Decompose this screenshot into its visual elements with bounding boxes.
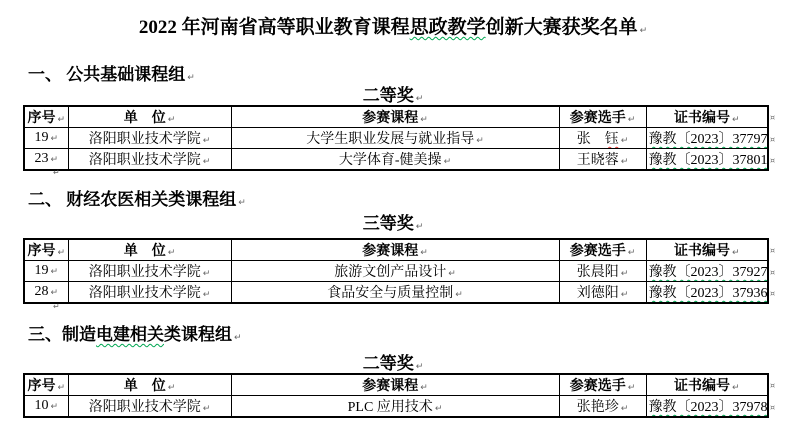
- paragraph-mark: ↵: [50, 402, 58, 412]
- table-header-row: 序号↵ 单 位↵ 参赛课程↵ 参赛选手↵ 证书编号↵: [24, 239, 768, 261]
- table-row: 28↵ 洛阳职业技术学院↵ 食品安全与质量控制↵ 刘德阳↵ 豫教〔2023〕37…: [24, 282, 768, 304]
- cell-text-spellcheck: 钰: [605, 132, 619, 147]
- header-text: 参赛选手: [570, 379, 626, 394]
- cell-text: 洛阳职业技术学院: [89, 132, 201, 147]
- paragraph-mark: ↵: [732, 115, 740, 125]
- cell-contestant: 张 钰↵: [559, 128, 646, 149]
- cell-text: 豫教〔2023〕37797: [649, 132, 768, 147]
- cell-text: 大学体育-健美操: [339, 153, 442, 168]
- table-row: 19↵ 洛阳职业技术学院↵ 旅游文创产品设计↵ 张晨阳↵ 豫教〔2023〕379…: [24, 261, 768, 282]
- cell-unit: 洛阳职业技术学院↵: [68, 282, 231, 304]
- cell-text: 洛阳职业技术学院: [89, 400, 201, 415]
- page-title-text-end: 创新大赛获奖名单: [486, 17, 638, 38]
- cell-text: 洛阳职业技术学院: [89, 153, 201, 168]
- paragraph-mark: ↵: [416, 94, 424, 104]
- paragraph-mark: ↵: [203, 136, 211, 146]
- header-cell-cert: 证书编号↵: [646, 374, 768, 396]
- paragraph-mark: ↵: [57, 115, 65, 125]
- header-cell-course: 参赛课程↵: [231, 239, 559, 261]
- page-title: 2022 年河南省高等职业教育课程思政教学创新大赛获奖名单↵: [0, 12, 786, 39]
- header-cell-contestant: 参赛选手↵: [559, 106, 646, 128]
- page-title-marked-text: 思政教学: [410, 17, 486, 38]
- header-text: 参赛课程: [362, 379, 418, 394]
- row-end-mark: ¤: [770, 283, 784, 305]
- table-row: 19↵ 洛阳职业技术学院↵ 大学生职业发展与就业指导↵ 张 钰↵ 豫教〔2023…: [24, 128, 768, 149]
- paragraph-mark: ↵: [168, 248, 176, 258]
- cell-course: 食品安全与质量控制↵: [231, 282, 559, 304]
- paragraph-mark: ↵: [621, 157, 629, 167]
- paragraph-mark: ↵: [168, 115, 176, 125]
- row-end-markers: ¤ ¤ ¤: [770, 240, 784, 305]
- header-cell-no: 序号↵: [24, 106, 68, 128]
- table-header-row: 序号↵ 单 位↵ 参赛课程↵ 参赛选手↵ 证书编号↵: [24, 374, 768, 396]
- cell-text: 张: [577, 132, 605, 147]
- paragraph-mark: ↵: [50, 134, 58, 144]
- paragraph-mark: ↵: [420, 115, 428, 125]
- cell-contestant: 刘德阳↵: [559, 282, 646, 304]
- row-end-markers: ¤ ¤ ¤: [770, 107, 784, 172]
- paragraph-mark: ↵: [444, 157, 452, 167]
- results-table-1: 序号↵ 单 位↵ 参赛课程↵ 参赛选手↵ 证书编号↵ 19↵ 洛阳职业技术学院↵…: [23, 105, 769, 171]
- header-cell-unit: 单 位↵: [68, 239, 231, 261]
- cell-unit: 洛阳职业技术学院↵: [68, 149, 231, 171]
- cell-text: 豫教〔2023〕37801: [649, 153, 768, 168]
- header-text: 序号: [27, 244, 55, 259]
- paragraph-mark: ↵: [203, 404, 211, 414]
- cell-course: 旅游文创产品设计↵: [231, 261, 559, 282]
- cell-text: 洛阳职业技术学院: [89, 265, 201, 280]
- row-end-mark: ¤: [770, 262, 784, 284]
- header-text: 参赛课程: [362, 111, 418, 126]
- row-end-mark: ¤: [770, 107, 784, 129]
- cell-no: 10↵: [24, 396, 68, 418]
- paragraph-mark: ↵: [168, 383, 176, 393]
- paragraph-mark: ↵: [238, 198, 246, 208]
- cell-cert: 豫教〔2023〕37978↵: [646, 396, 768, 418]
- header-text: 证书编号: [674, 244, 730, 259]
- section-heading-2: 二、 财经农医相关类课程组↵: [28, 185, 246, 210]
- row-end-mark: ¤: [770, 375, 784, 397]
- cell-text: 大学生职业发展与就业指导: [306, 132, 474, 147]
- paragraph-mark: ↵: [416, 362, 424, 372]
- cell-contestant: 张艳珍↵: [559, 396, 646, 418]
- award-heading-2-text: 三等奖: [363, 214, 414, 233]
- row-end-mark: ¤: [770, 150, 784, 172]
- header-cell-cert: 证书编号↵: [646, 239, 768, 261]
- paragraph-mark: ↵: [621, 269, 629, 279]
- cell-contestant: 张晨阳↵: [559, 261, 646, 282]
- cell-no: 19↵: [24, 128, 68, 149]
- paragraph-mark: ↵: [435, 404, 443, 414]
- cell-text: 豫教〔2023〕37927: [649, 265, 768, 280]
- paragraph-mark: ↵: [50, 288, 58, 298]
- paragraph-mark: ↵: [476, 136, 484, 146]
- paragraph-mark: ↵: [420, 383, 428, 393]
- paragraph-mark: ↵: [621, 404, 629, 414]
- cell-text: PLC 应用技术: [348, 400, 433, 415]
- header-cell-contestant: 参赛选手↵: [559, 374, 646, 396]
- cell-unit: 洛阳职业技术学院↵: [68, 128, 231, 149]
- header-cell-unit: 单 位↵: [68, 106, 231, 128]
- section-heading-3: 三、制造电建相关类课程组↵: [28, 320, 242, 345]
- header-text: 参赛课程: [362, 244, 418, 259]
- header-cell-contestant: 参赛选手↵: [559, 239, 646, 261]
- header-cell-unit: 单 位↵: [68, 374, 231, 396]
- paragraph-mark: ↵: [57, 383, 65, 393]
- paragraph-mark: ↵: [628, 115, 636, 125]
- paragraph-mark: ↵: [455, 290, 463, 300]
- cell-unit: 洛阳职业技术学院↵: [68, 396, 231, 418]
- paragraph-mark: ↵: [203, 290, 211, 300]
- results-table-3: 序号↵ 单 位↵ 参赛课程↵ 参赛选手↵ 证书编号↵ 10↵ 洛阳职业技术学院↵…: [23, 373, 769, 418]
- cell-no: 28↵: [24, 282, 68, 304]
- cell-cert: 豫教〔2023〕37927↵: [646, 261, 768, 282]
- section-heading-3-text-end: 类课程组: [164, 325, 232, 344]
- header-text: 单 位: [124, 244, 166, 259]
- row-end-mark: ¤: [770, 397, 784, 419]
- award-heading-3-text: 二等奖: [363, 354, 414, 373]
- header-cell-no: 序号↵: [24, 239, 68, 261]
- paragraph-mark: ↵: [628, 248, 636, 258]
- row-end-mark: ¤: [770, 240, 784, 262]
- paragraph-mark-glyph: ↵: [53, 168, 60, 177]
- paragraph-mark: ↵: [203, 157, 211, 167]
- cell-course: 大学体育-健美操↵: [231, 149, 559, 171]
- cell-text: 豫教〔2023〕37936: [649, 286, 768, 301]
- cell-cert: 豫教〔2023〕37801↵: [646, 149, 768, 171]
- header-cell-no: 序号↵: [24, 374, 68, 396]
- cell-text: 19: [34, 263, 48, 278]
- cell-course: PLC 应用技术↵: [231, 396, 559, 418]
- paragraph-mark: ↵: [50, 267, 58, 277]
- cell-cert: 豫教〔2023〕37936↵: [646, 282, 768, 304]
- paragraph-mark: ↵: [53, 168, 60, 177]
- paragraph-mark: ↵: [203, 269, 211, 279]
- header-text: 参赛选手: [570, 111, 626, 126]
- paragraph-mark: ↵: [732, 383, 740, 393]
- paragraph-mark: ↵: [57, 248, 65, 258]
- cell-text: 豫教〔2023〕37978: [649, 400, 768, 415]
- cell-contestant: 王晓蓉↵: [559, 149, 646, 171]
- cell-course: 大学生职业发展与就业指导↵: [231, 128, 559, 149]
- section-heading-2-text: 二、 财经农医相关类课程组: [28, 190, 236, 209]
- paragraph-mark: ↵: [621, 290, 629, 300]
- header-text: 序号: [27, 111, 55, 126]
- paragraph-mark-glyph: ↵: [53, 302, 60, 311]
- paragraph-mark: ↵: [640, 26, 648, 36]
- header-text: 参赛选手: [570, 244, 626, 259]
- paragraph-mark: ↵: [621, 136, 629, 146]
- section-heading-3-marked-text: 电建相关: [96, 325, 164, 344]
- cell-text: 刘德阳: [577, 286, 619, 301]
- cell-no: 23↵: [24, 149, 68, 171]
- header-text: 序号: [27, 379, 55, 394]
- row-end-mark: ¤: [770, 129, 784, 151]
- table-header-row: 序号↵ 单 位↵ 参赛课程↵ 参赛选手↵ 证书编号↵: [24, 106, 768, 128]
- cell-text: 张晨阳: [577, 265, 619, 280]
- award-heading-1: 二等奖↵: [0, 81, 786, 106]
- cell-text: 19: [34, 130, 48, 145]
- header-text: 证书编号: [674, 111, 730, 126]
- paragraph-mark: ↵: [448, 269, 456, 279]
- cell-no: 19↵: [24, 261, 68, 282]
- header-cell-course: 参赛课程↵: [231, 374, 559, 396]
- header-text: 单 位: [124, 111, 166, 126]
- paragraph-mark: ↵: [628, 383, 636, 393]
- header-cell-course: 参赛课程↵: [231, 106, 559, 128]
- award-heading-3: 二等奖↵: [0, 349, 786, 374]
- cell-text: 食品安全与质量控制: [327, 286, 453, 301]
- paragraph-mark: ↵: [420, 248, 428, 258]
- results-table-2: 序号↵ 单 位↵ 参赛课程↵ 参赛选手↵ 证书编号↵ 19↵ 洛阳职业技术学院↵…: [23, 238, 769, 304]
- paragraph-mark: ↵: [53, 302, 60, 311]
- page-title-text: 2022 年河南省高等职业教育课程: [139, 17, 410, 38]
- table-row: 23↵ 洛阳职业技术学院↵ 大学体育-健美操↵ 王晓蓉↵ 豫教〔2023〕378…: [24, 149, 768, 171]
- header-text: 单 位: [124, 379, 166, 394]
- cell-unit: 洛阳职业技术学院↵: [68, 261, 231, 282]
- paragraph-mark: ↵: [234, 333, 242, 343]
- award-heading-2: 三等奖↵: [0, 209, 786, 234]
- cell-text: 旅游文创产品设计: [334, 265, 446, 280]
- cell-text: 28: [34, 284, 48, 299]
- header-cell-cert: 证书编号↵: [646, 106, 768, 128]
- table-row: 10↵ 洛阳职业技术学院↵ PLC 应用技术↵ 张艳珍↵ 豫教〔2023〕379…: [24, 396, 768, 418]
- section-heading-3-text: 三、制造: [28, 325, 96, 344]
- cell-text: 23: [34, 151, 48, 166]
- cell-cert: 豫教〔2023〕37797↵: [646, 128, 768, 149]
- row-end-markers: ¤ ¤: [770, 375, 784, 418]
- paragraph-mark: ↵: [50, 155, 58, 165]
- award-heading-1-text: 二等奖: [363, 86, 414, 105]
- paragraph-mark: ↵: [416, 222, 424, 232]
- cell-text: 王晓蓉: [577, 153, 619, 168]
- cell-text: 10: [34, 398, 48, 413]
- paragraph-mark: ↵: [732, 248, 740, 258]
- header-text: 证书编号: [674, 379, 730, 394]
- cell-text: 洛阳职业技术学院: [89, 286, 201, 301]
- cell-text: 张艳珍: [577, 400, 619, 415]
